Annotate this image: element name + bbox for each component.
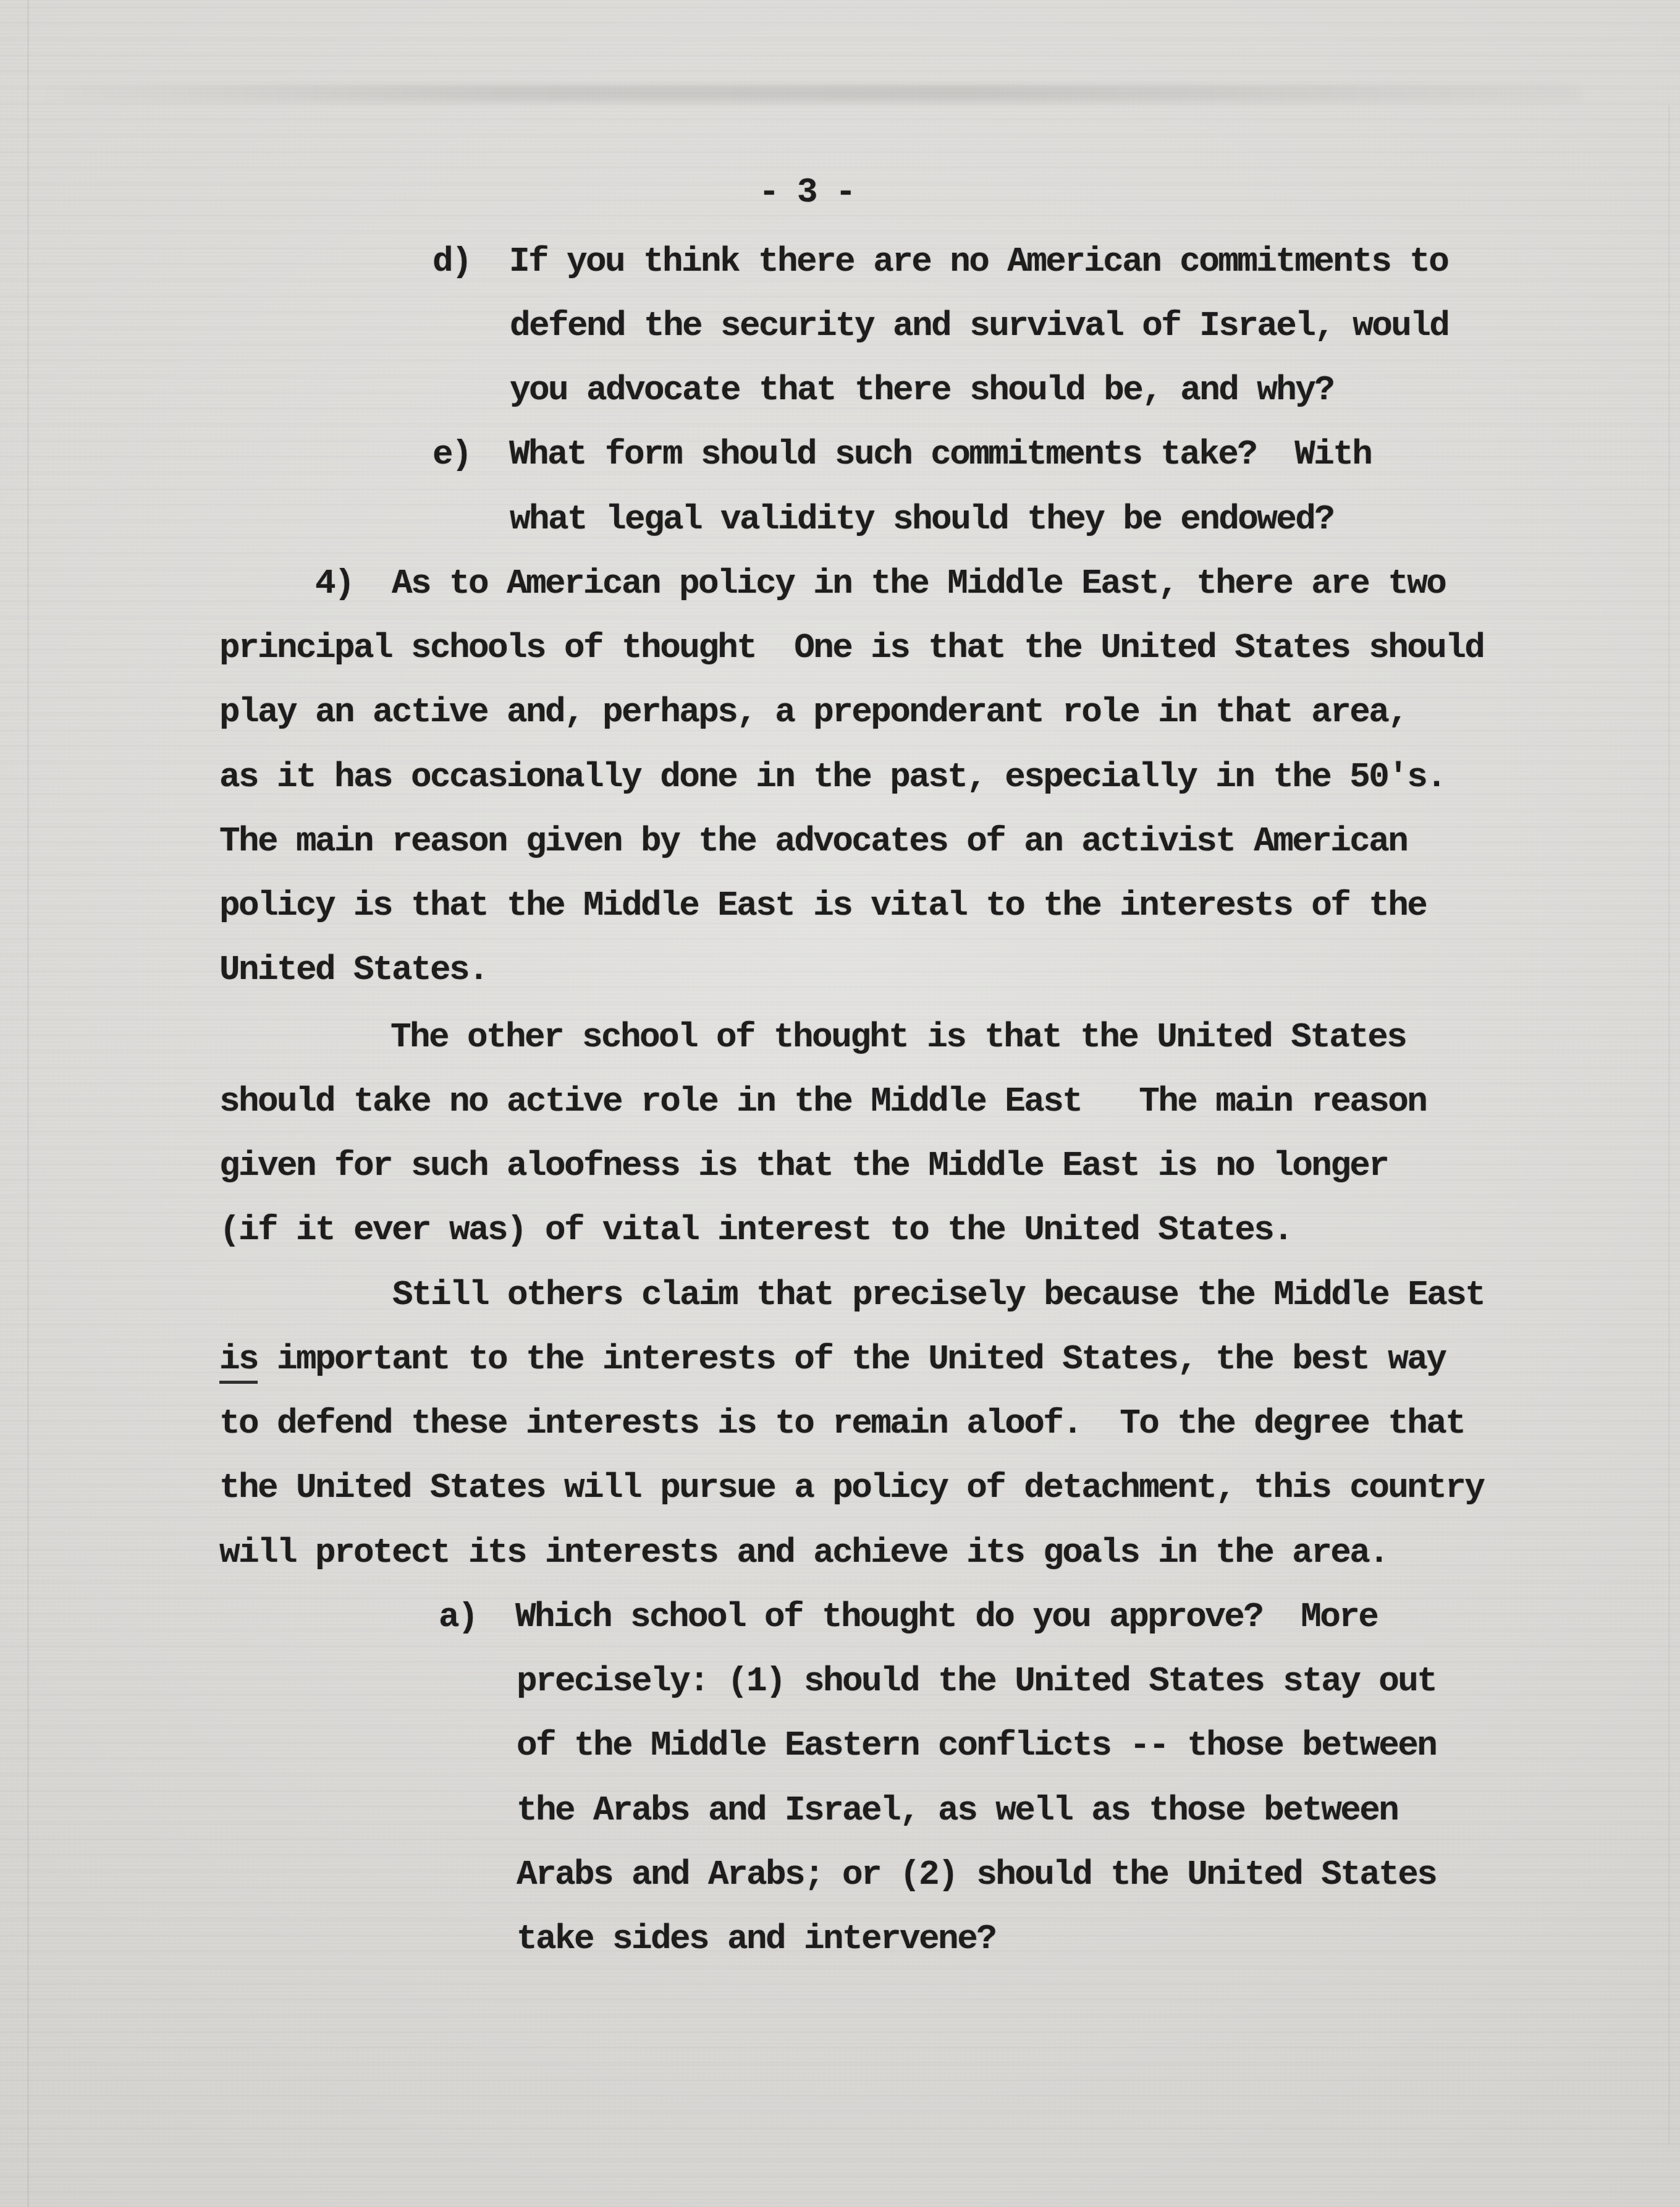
- text-line: e) What form should such commitments tak…: [433, 437, 1371, 472]
- text-line: take sides and intervene?: [517, 1921, 995, 1956]
- text-line: Still others claim that precisely becaus…: [392, 1277, 1484, 1312]
- text-line: United States.: [219, 952, 488, 987]
- text-line: of the Middle Eastern conflicts -- those…: [517, 1728, 1436, 1763]
- text-line: principal schools of thought One is that…: [219, 630, 1484, 665]
- text-line: should take no active role in the Middle…: [219, 1084, 1426, 1119]
- text-line: 4) As to American policy in the Middle E…: [315, 566, 1445, 601]
- text-line: as it has occasionally done in the past,…: [219, 760, 1445, 794]
- text-line: Arabs and Arabs; or (2) should the Unite…: [517, 1857, 1436, 1892]
- text-line: given for such aloofness is that the Mid…: [219, 1148, 1388, 1183]
- text-line: defend the security and survival of Isra…: [510, 308, 1448, 343]
- text-line: a) Which school of thought do you approv…: [439, 1599, 1377, 1634]
- text-line: play an active and, perhaps, a preponder…: [219, 695, 1407, 729]
- text-line: precisely: (1) should the United States …: [517, 1664, 1436, 1698]
- underlined-word: is: [219, 1339, 258, 1384]
- text-line: (if it ever was) of vital interest to th…: [219, 1213, 1292, 1247]
- text-line: policy is that the Middle East is vital …: [219, 888, 1426, 923]
- document-page: - 3 - d) If you think there are no Ameri…: [0, 0, 1680, 2207]
- text-line: The main reason given by the advocates o…: [219, 824, 1407, 858]
- scan-edge-left: [27, 0, 29, 2207]
- text-line: the United States will pursue a policy o…: [219, 1470, 1484, 1505]
- scan-edge-right: [1668, 105, 1670, 2145]
- text-line: what legal validity should they be endow…: [510, 502, 1333, 536]
- text-line: d) If you think there are no American co…: [433, 244, 1448, 279]
- text-line: will protect its interests and achieve i…: [219, 1535, 1388, 1570]
- text-line: to defend these interests is to remain a…: [219, 1406, 1464, 1441]
- page-number: - 3 -: [759, 175, 855, 210]
- text-line: The other school of thought is that the …: [390, 1020, 1406, 1054]
- text-line: important to the interests of the United…: [258, 1339, 1445, 1379]
- text-line: the Arabs and Israel, as well as those b…: [517, 1793, 1398, 1828]
- text-line: you advocate that there should be, and w…: [510, 373, 1333, 407]
- scan-smudge-top: [37, 85, 1582, 101]
- text-line-with-underline: is important to the interests of the Uni…: [219, 1342, 1445, 1376]
